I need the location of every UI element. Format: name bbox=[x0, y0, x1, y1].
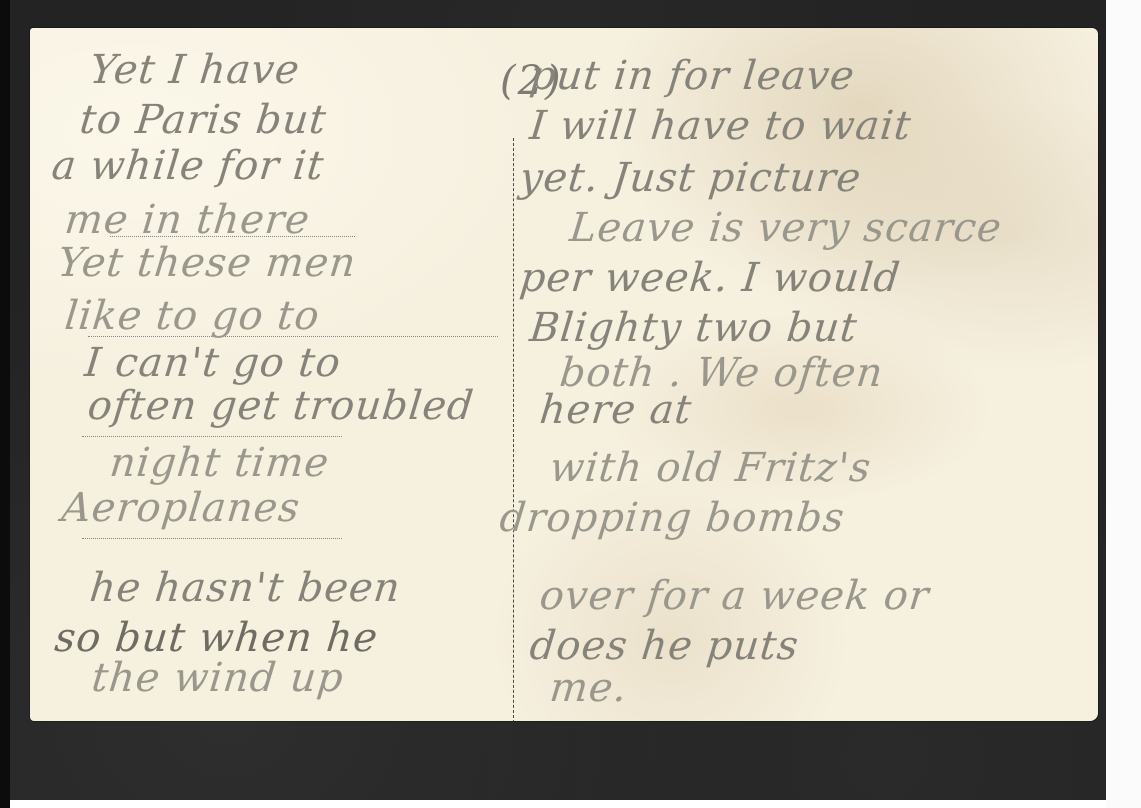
postcard-back: (2) Yet I have to Paris but a while for … bbox=[30, 28, 1098, 721]
handwriting-right-line-3: yet. Just picture bbox=[518, 158, 864, 198]
handwriting-right-line-12: does he puts bbox=[528, 626, 801, 666]
handwriting-right-line-2: I will have to wait bbox=[528, 106, 913, 146]
handwriting-left-line-13: the wind up bbox=[90, 658, 346, 698]
center-divider-line bbox=[513, 138, 514, 728]
handwriting-left-line-10: Aeroplanes bbox=[60, 488, 302, 528]
handwriting-right-line-6: Blighty two but bbox=[528, 308, 860, 348]
scanned-postcard: (2) Yet I have to Paris but a while for … bbox=[0, 0, 1141, 808]
handwriting-right-line-9: with old Fritz's bbox=[548, 448, 873, 488]
address-line-3 bbox=[82, 436, 342, 437]
handwriting-right-line-5: per week. I would bbox=[518, 258, 903, 298]
handwriting-left-line-2: to Paris but bbox=[78, 100, 329, 140]
handwriting-left-line-4: me in there bbox=[63, 200, 312, 240]
handwriting-left-line-1: Yet I have bbox=[88, 50, 302, 90]
handwriting-right-line-10: dropping bombs bbox=[498, 498, 847, 538]
address-line-4 bbox=[82, 538, 342, 539]
backing-left-edge bbox=[0, 0, 10, 808]
handwriting-left-line-5: Yet these men bbox=[56, 243, 358, 283]
handwriting-right-line-8: here at bbox=[538, 390, 694, 430]
handwriting-left-line-11: he hasn't been bbox=[88, 568, 403, 608]
handwriting-left-line-7: I can't go to bbox=[83, 343, 343, 383]
handwriting-left-line-9: night time bbox=[108, 443, 331, 483]
handwriting-right-line-13: me. bbox=[548, 668, 630, 708]
handwriting-left-line-3: a while for it bbox=[50, 146, 326, 186]
scanner-margin bbox=[1106, 0, 1141, 808]
handwriting-right-line-11: over for a week or bbox=[538, 576, 931, 616]
handwriting-left-line-12: so but when he bbox=[53, 618, 380, 658]
handwriting-left-line-8: often get troubled bbox=[86, 386, 476, 426]
handwriting-right-line-4: Leave is very scarce bbox=[568, 208, 1004, 248]
handwriting-left-line-6: like to go to bbox=[63, 296, 322, 336]
handwriting-right-line-1: put in for leave bbox=[528, 56, 857, 96]
